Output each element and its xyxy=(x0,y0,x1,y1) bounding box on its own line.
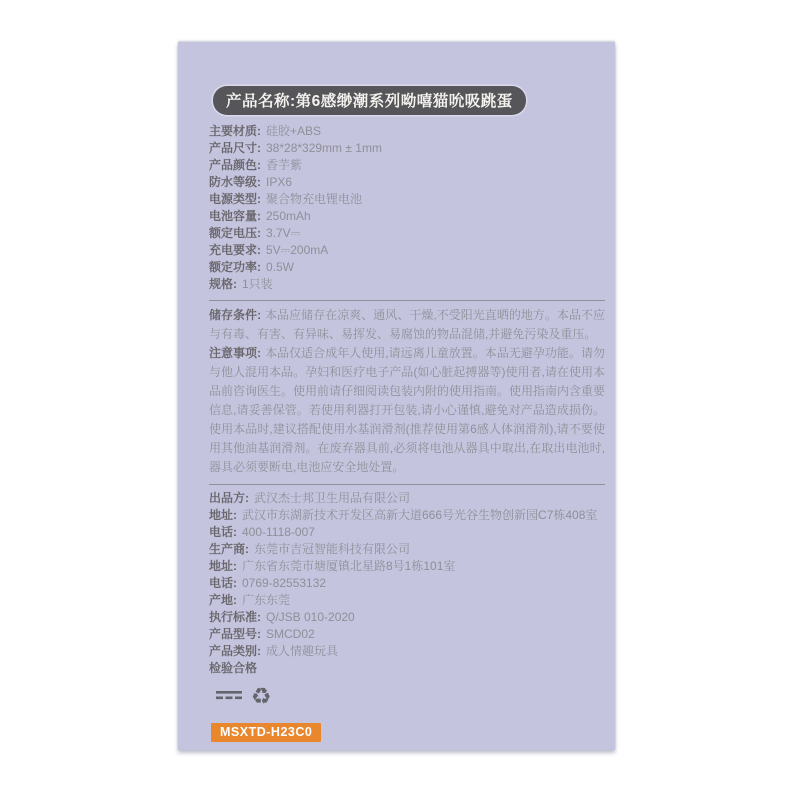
spec-row: 额定功率:0.5W xyxy=(209,259,605,276)
field-value: 3.7V⎓ xyxy=(266,226,300,240)
field-value: 东莞市吉冠智能科技有限公司 xyxy=(254,542,410,556)
field-label: 额定电压: xyxy=(209,226,261,240)
field-label: 产地: xyxy=(209,593,237,607)
field-label: 产品尺寸: xyxy=(209,141,261,155)
divider xyxy=(209,300,605,301)
field-value: SMCD02 xyxy=(266,627,315,641)
company-info-list: 出品方:武汉杰士邦卫生用品有限公司地址:武汉市东湖新技术开发区高新大道666号光… xyxy=(209,490,605,660)
field-value: Q/JSB 010-2020 xyxy=(266,610,355,624)
notice-label: 注意事项: xyxy=(209,346,261,360)
field-value: 武汉杰士邦卫生用品有限公司 xyxy=(254,491,410,505)
field-label: 生产商: xyxy=(209,542,249,556)
field-label: 充电要求: xyxy=(209,243,261,257)
field-value: 武汉市东湖新技术开发区高新大道666号光谷生物创新园C7栋408室 xyxy=(242,508,597,522)
field-value: 聚合物充电锂电池 xyxy=(266,192,362,206)
field-label: 防水等级: xyxy=(209,175,261,189)
field-value: 0769-82553132 xyxy=(242,576,326,590)
field-value: 5V⎓200mA xyxy=(266,243,328,257)
storage-label: 储存条件: xyxy=(209,308,261,322)
spec-row: 规格:1只装 xyxy=(209,276,605,293)
field-value: 香芋紫 xyxy=(266,158,302,172)
spec-row: 防水等级:IPX6 xyxy=(209,174,605,191)
dc-power-icon xyxy=(214,687,244,708)
field-label: 额定功率: xyxy=(209,260,261,274)
spec-row: 额定电压:3.7V⎓ xyxy=(209,225,605,242)
field-value: 广东东莞 xyxy=(242,593,290,607)
company-row: 地址:广东省东莞市塘厦镇北星路8号1栋101室 xyxy=(209,558,605,575)
spec-row: 电源类型:聚合物充电锂电池 xyxy=(209,191,605,208)
field-label: 电池容量: xyxy=(209,209,261,223)
company-row: 生产商:东莞市吉冠智能科技有限公司 xyxy=(209,541,605,558)
field-value: 400-1118-007 xyxy=(242,525,315,539)
symbols-row: ♻ xyxy=(214,684,605,710)
storage-conditions: 储存条件:本品应储存在凉爽、通风、干燥,不受阳光直晒的地方。本品不应与有毒、有害… xyxy=(209,306,605,344)
package-card: 产品名称:第6感缈潮系列呦嘻猫吮吸跳蛋 主要材质:硅胶+ABS产品尺寸:38*2… xyxy=(178,42,615,750)
inspection-passed-label: 检验合格 xyxy=(209,660,605,677)
company-row: 产品类别:成人情趣玩具 xyxy=(209,643,605,660)
spec-list: 主要材质:硅胶+ABS产品尺寸:38*28*329mm ± 1mm产品颜色:香芋… xyxy=(209,123,605,293)
field-value: IPX6 xyxy=(266,175,292,189)
field-label: 主要材质: xyxy=(209,124,261,138)
field-value: 0.5W xyxy=(266,260,294,274)
spec-row: 充电要求:5V⎓200mA xyxy=(209,242,605,259)
company-row: 电话:0769-82553132 xyxy=(209,575,605,592)
company-row: 产品型号:SMCD02 xyxy=(209,626,605,643)
package-content: 产品名称:第6感缈潮系列呦嘻猫吮吸跳蛋 主要材质:硅胶+ABS产品尺寸:38*2… xyxy=(178,42,615,742)
field-label: 地址: xyxy=(209,508,237,522)
recycle-icon: ♻ xyxy=(251,685,272,709)
company-row: 执行标准:Q/JSB 010-2020 xyxy=(209,609,605,626)
company-row: 产地:广东东莞 xyxy=(209,592,605,609)
spec-row: 电池容量:250mAh xyxy=(209,208,605,225)
spec-row: 产品颜色:香芋紫 xyxy=(209,157,605,174)
field-label: 出品方: xyxy=(209,491,249,505)
field-label: 电话: xyxy=(209,525,237,539)
field-value: 成人情趣玩具 xyxy=(266,644,338,658)
field-label: 规格: xyxy=(209,277,237,291)
model-code-badge: MSXTD-H23C0 xyxy=(211,723,321,742)
notice-text: 本品仅适合成年人使用,请远离儿童放置。本品无避孕功能。请勿与他人混用本品。孕妇和… xyxy=(209,346,605,474)
field-label: 产品型号: xyxy=(209,627,261,641)
field-label: 电源类型: xyxy=(209,192,261,206)
company-row: 出品方:武汉杰士邦卫生用品有限公司 xyxy=(209,490,605,507)
spec-row: 主要材质:硅胶+ABS xyxy=(209,123,605,140)
spec-row: 产品尺寸:38*28*329mm ± 1mm xyxy=(209,140,605,157)
usage-notice: 注意事项:本品仅适合成年人使用,请远离儿童放置。本品无避孕功能。请勿与他人混用本… xyxy=(209,344,605,477)
field-value: 1只装 xyxy=(242,277,273,291)
field-value: 250mAh xyxy=(266,209,311,223)
field-label: 电话: xyxy=(209,576,237,590)
field-value: 广东省东莞市塘厦镇北星路8号1栋101室 xyxy=(242,559,455,573)
divider xyxy=(209,484,605,485)
field-label: 执行标准: xyxy=(209,610,261,624)
product-name-banner: 产品名称:第6感缈潮系列呦嘻猫吮吸跳蛋 xyxy=(213,86,526,115)
field-label: 地址: xyxy=(209,559,237,573)
field-label: 产品类别: xyxy=(209,644,261,658)
field-value: 硅胶+ABS xyxy=(266,124,321,138)
company-row: 电话:400-1118-007 xyxy=(209,524,605,541)
storage-text: 本品应储存在凉爽、通风、干燥,不受阳光直晒的地方。本品不应与有毒、有害、有异味、… xyxy=(209,308,605,341)
field-value: 38*28*329mm ± 1mm xyxy=(266,141,382,155)
field-label: 产品颜色: xyxy=(209,158,261,172)
company-row: 地址:武汉市东湖新技术开发区高新大道666号光谷生物创新园C7栋408室 xyxy=(209,507,605,524)
